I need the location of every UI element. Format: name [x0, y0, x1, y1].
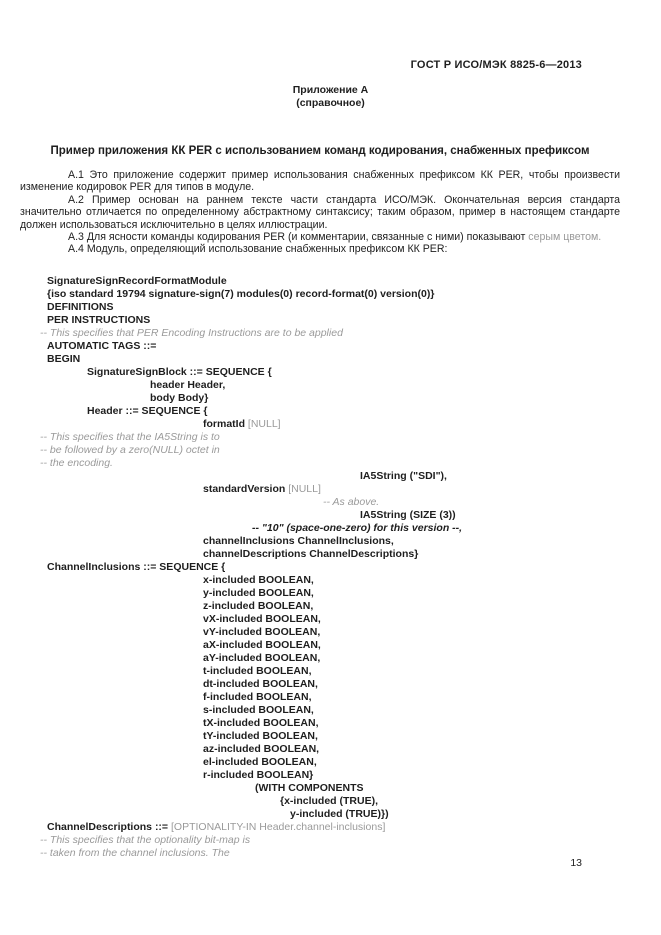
code-line: AUTOMATIC TAGS ::= [40, 340, 622, 353]
text-segment: А.4 Модуль, определяющий использование с… [68, 243, 447, 255]
text-segment: dt-included BOOLEAN, [203, 678, 318, 690]
code-line: r-included BOOLEAN} [40, 769, 622, 782]
text-segment: z-included BOOLEAN, [203, 600, 313, 612]
code-line: ChannelInclusions ::= SEQUENCE { [40, 561, 622, 574]
gray-encoding-instruction-text: -- be followed by a zero(NULL) octet in [40, 444, 220, 456]
code-line: {x-included (TRUE), [40, 795, 622, 808]
paragraph: А.1 Это приложение содержит пример испол… [20, 169, 620, 194]
code-line: el-included BOOLEAN, [40, 756, 622, 769]
code-line: -- This specifies that PER Encoding Inst… [40, 327, 622, 340]
asn1-code-block: SignatureSignRecordFormatModule{iso stan… [40, 275, 622, 860]
gray-encoding-instruction-text: -- As above. [323, 496, 379, 508]
document-page: ГОСТ Р ИСО/МЭК 8825-6—2013 Приложение А … [0, 0, 661, 935]
text-segment: channelDescriptions ChannelDescriptions} [203, 548, 418, 560]
text-segment: IA5String ("SDI"), [360, 470, 447, 482]
text-segment: y-included BOOLEAN, [203, 587, 314, 599]
text-segment: BEGIN [47, 353, 80, 365]
section-title: Пример приложения КК PER с использование… [20, 145, 620, 158]
text-segment: az-included BOOLEAN, [203, 743, 319, 755]
code-line: header Header, [40, 379, 622, 392]
gray-encoding-instruction-text: -- This specifies that the optionality b… [40, 834, 250, 846]
page-number: 13 [40, 857, 582, 869]
code-line: s-included BOOLEAN, [40, 704, 622, 717]
text-segment: vX-included BOOLEAN, [203, 613, 321, 625]
text-segment: DEFINITIONS [47, 301, 114, 313]
text-segment: SignatureSignBlock ::= SEQUENCE { [87, 366, 272, 378]
text-segment: А.1 Это приложение содержит пример испол… [20, 169, 620, 193]
text-segment: channelInclusions ChannelInclusions, [203, 535, 394, 547]
gray-encoding-instruction-text: [NULL] [288, 483, 321, 495]
code-line: tX-included BOOLEAN, [40, 717, 622, 730]
text-segment: aY-included BOOLEAN, [203, 652, 320, 664]
code-line: y-included (TRUE)}) [40, 808, 622, 821]
text-segment: IA5String (SIZE (3)) [360, 509, 456, 521]
text-segment: tX-included BOOLEAN, [203, 717, 319, 729]
code-line: f-included BOOLEAN, [40, 691, 622, 704]
gray-encoding-instruction-text: -- This specifies that PER Encoding Inst… [40, 327, 343, 339]
code-line: channelInclusions ChannelInclusions, [40, 535, 622, 548]
text-segment: А.2 Пример основан на раннем тексте част… [20, 194, 620, 231]
text-segment: (WITH COMPONENTS [255, 782, 364, 794]
text-segment: formatId [203, 418, 248, 430]
code-line: -- This specifies that the optionality b… [40, 834, 622, 847]
annex-note: (справочное) [0, 97, 661, 110]
code-line: {iso standard 19794 signature-sign(7) mo… [40, 288, 622, 301]
code-line: az-included BOOLEAN, [40, 743, 622, 756]
text-segment: ChannelDescriptions ::= [47, 821, 171, 833]
code-line: dt-included BOOLEAN, [40, 678, 622, 691]
text-segment: standardVersion [203, 483, 288, 495]
code-line: SignatureSignBlock ::= SEQUENCE { [40, 366, 622, 379]
standard-reference-header: ГОСТ Р ИСО/МЭК 8825-6—2013 [40, 59, 582, 71]
code-line: aY-included BOOLEAN, [40, 652, 622, 665]
code-line: standardVersion [NULL] [40, 483, 622, 496]
paragraph: А.2 Пример основан на раннем тексте част… [20, 194, 620, 231]
text-segment: ChannelInclusions ::= SEQUENCE { [47, 561, 225, 573]
code-line: IA5String (SIZE (3)) [40, 509, 622, 522]
code-line: BEGIN [40, 353, 622, 366]
text-segment: AUTOMATIC TAGS ::= [47, 340, 156, 352]
text-segment: А.3 Для ясности команды кодирования PER … [68, 231, 528, 243]
gray-encoding-instruction-text: [NULL] [248, 418, 281, 430]
text-segment: body Body} [150, 392, 208, 404]
body-paragraphs: А.1 Это приложение содержит пример испол… [20, 169, 620, 256]
gray-encoding-instruction-text: [OPTIONALITY-IN Header.channel-inclusion… [171, 821, 385, 833]
code-line: ChannelDescriptions ::= [OPTIONALITY-IN … [40, 821, 622, 834]
text-segment: vY-included BOOLEAN, [203, 626, 320, 638]
text-segment: el-included BOOLEAN, [203, 756, 317, 768]
code-line: IA5String ("SDI"), [40, 470, 622, 483]
annex-heading: Приложение А (справочное) [0, 84, 661, 110]
text-segment: header Header, [150, 379, 225, 391]
gray-encoding-instruction-text: -- the encoding. [40, 457, 113, 469]
code-line: vX-included BOOLEAN, [40, 613, 622, 626]
code-line: formatId [NULL] [40, 418, 622, 431]
text-segment: Header ::= SEQUENCE { [87, 405, 208, 417]
text-segment: r-included BOOLEAN} [203, 769, 313, 781]
text-segment: f-included BOOLEAN, [203, 691, 312, 703]
paragraph: А.4 Модуль, определяющий использование с… [20, 243, 620, 255]
code-line: y-included BOOLEAN, [40, 587, 622, 600]
text-segment: aX-included BOOLEAN, [203, 639, 321, 651]
code-line: -- the encoding. [40, 457, 622, 470]
code-line: t-included BOOLEAN, [40, 665, 622, 678]
code-line: -- As above. [40, 496, 622, 509]
code-line: aX-included BOOLEAN, [40, 639, 622, 652]
code-line: PER INSTRUCTIONS [40, 314, 622, 327]
code-line: x-included BOOLEAN, [40, 574, 622, 587]
text-segment: s-included BOOLEAN, [203, 704, 314, 716]
code-line: z-included BOOLEAN, [40, 600, 622, 613]
code-line: body Body} [40, 392, 622, 405]
code-line: vY-included BOOLEAN, [40, 626, 622, 639]
annex-label: Приложение А [0, 84, 661, 97]
text-segment: t-included BOOLEAN, [203, 665, 312, 677]
code-line: DEFINITIONS [40, 301, 622, 314]
text-segment: {iso standard 19794 signature-sign(7) mo… [47, 288, 434, 300]
code-line: channelDescriptions ChannelDescriptions} [40, 548, 622, 561]
text-segment: -- "10" (space-one-zero) for this versio… [252, 522, 462, 534]
paragraph: А.3 Для ясности команды кодирования PER … [20, 231, 620, 243]
code-line: -- "10" (space-one-zero) for this versio… [40, 522, 622, 535]
text-segment: SignatureSignRecordFormatModule [47, 275, 227, 287]
gray-encoding-instruction-text: -- This specifies that the IA5String is … [40, 431, 220, 443]
text-segment: {x-included (TRUE), [280, 795, 378, 807]
code-line: tY-included BOOLEAN, [40, 730, 622, 743]
code-line: -- This specifies that the IA5String is … [40, 431, 622, 444]
code-line: Header ::= SEQUENCE { [40, 405, 622, 418]
code-line: (WITH COMPONENTS [40, 782, 622, 795]
text-segment: PER INSTRUCTIONS [47, 314, 150, 326]
text-segment: y-included (TRUE)}) [290, 808, 389, 820]
code-line: SignatureSignRecordFormatModule [40, 275, 622, 288]
gray-encoding-instruction-text: серым цветом. [528, 231, 601, 243]
text-segment: x-included BOOLEAN, [203, 574, 314, 586]
code-line: -- be followed by a zero(NULL) octet in [40, 444, 622, 457]
text-segment: tY-included BOOLEAN, [203, 730, 318, 742]
